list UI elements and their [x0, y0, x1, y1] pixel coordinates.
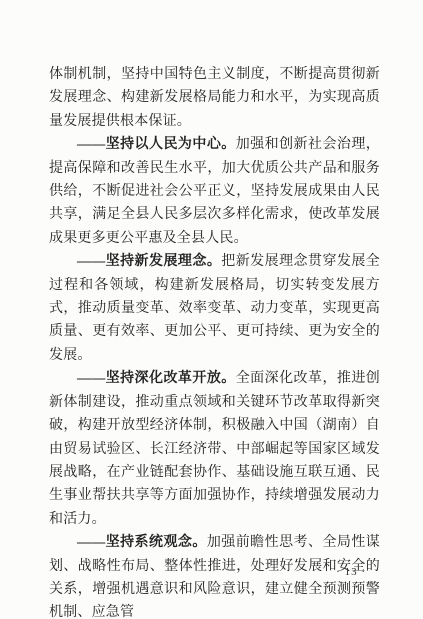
paragraph-lead: ——坚持深化改革开放。 [77, 371, 236, 386]
document-body: 体制机制，坚持中国特色主义制度，不断提高贯彻新发展理念、构建新发展格局能力和水平… [49, 63, 380, 619]
paragraph-new-development-concept: ——坚持新发展理念。把新发展理念贯穿发展全过程和各领域，构建新发展格局，切实转变… [49, 250, 380, 367]
paragraph-lead: ——坚持系统观念。 [77, 535, 207, 550]
paragraph-lead: ——坚持新发展理念。 [77, 254, 221, 269]
paragraph-people-centered: ——坚持以人民为中心。加强和创新社会治理，提高保障和改善民生水平，加大优质公共产… [49, 133, 380, 250]
paragraph-continuation: 体制机制，坚持中国特色主义制度，不断提高贯彻新发展理念、构建新发展格局能力和水平… [49, 63, 380, 133]
page-number: · 13 · [0, 566, 366, 578]
paragraph-text: 把新发展理念贯穿发展全过程和各领域，构建新发展格局，切实转变发展方式，推动质量变… [49, 254, 380, 363]
paragraph-deepen-reform-opening: ——坚持深化改革开放。全面深化改革，推进创新体制建设，推动重点领域和关键环节改革… [49, 367, 380, 531]
paragraph-text: 体制机制，坚持中国特色主义制度，不断提高贯彻新发展理念、构建新发展格局能力和水平… [49, 67, 380, 129]
paragraph-text: 全面深化改革，推进创新体制建设，推动重点领域和关键环节改革取得新突破，构建开放型… [49, 371, 380, 526]
document-page: 体制机制，坚持中国特色主义制度，不断提高贯彻新发展理念、构建新发展格局能力和水平… [0, 0, 423, 619]
paragraph-lead: ——坚持以人民为中心。 [77, 137, 236, 152]
paragraph-text: 加强和创新社会治理，提高保障和改善民生水平，加大优质公共产品和服务供给，不断促进… [49, 137, 380, 246]
